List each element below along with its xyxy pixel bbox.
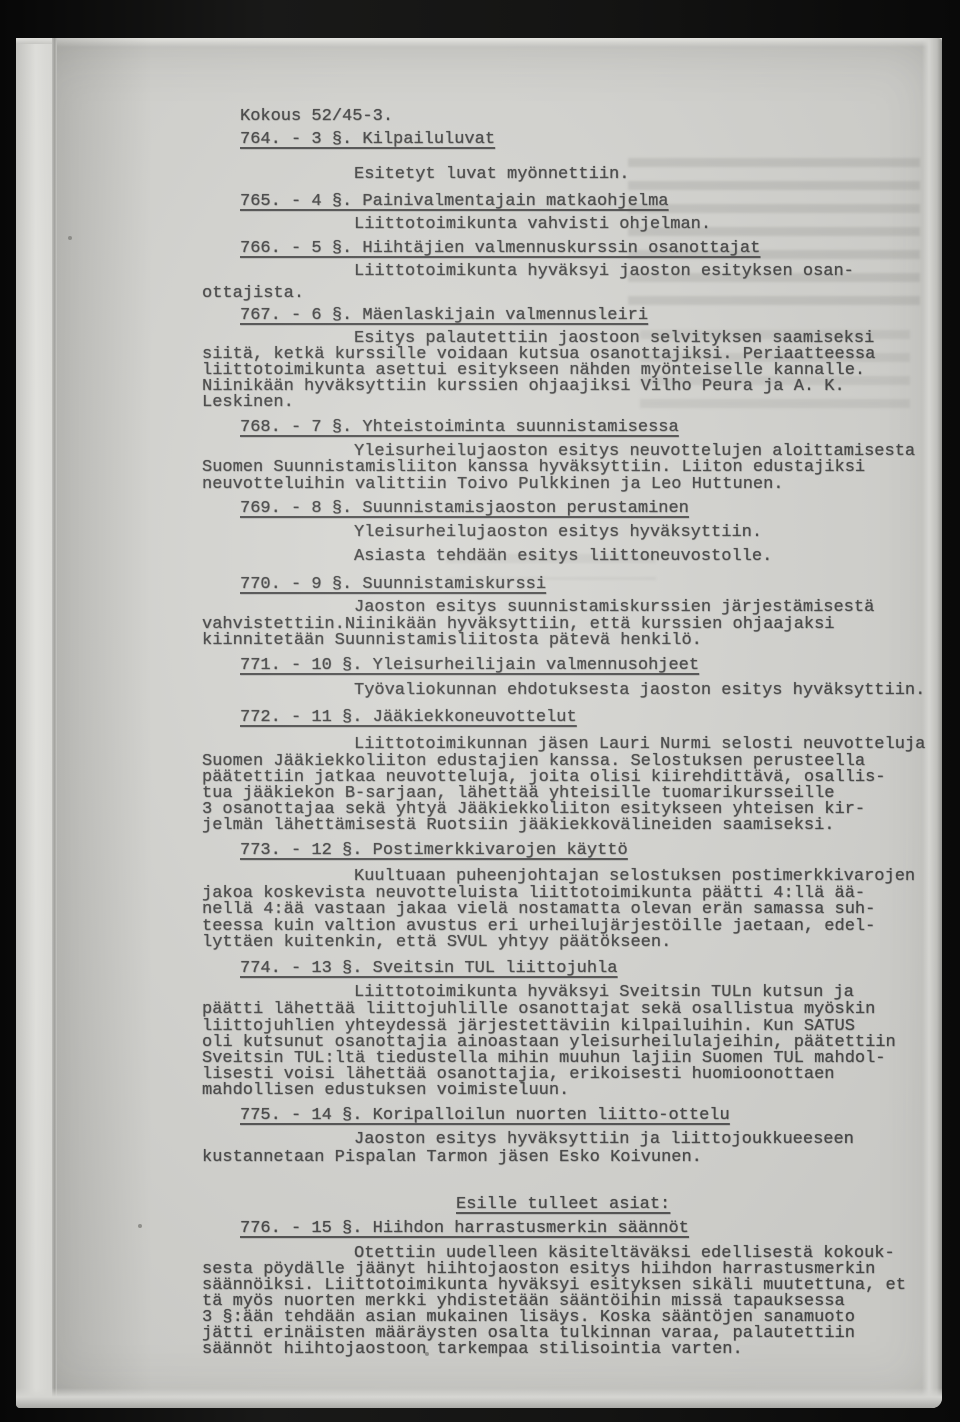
doc-line: kiinnitetään Suunnistamisliitosta pätevä…: [202, 632, 702, 649]
doc-line: Liittotoimikunta hyväksyi jaoston esityk…: [354, 263, 854, 280]
section-heading: 770. - 9 §. Suunnistamiskurssi: [240, 576, 546, 593]
section-heading: 776. - 15 §. Hiihdon harrastusmerkin sää…: [240, 1220, 689, 1237]
section-heading: 767. - 6 §. Mäenlaskijain valmennusleiri: [240, 307, 648, 324]
doc-line: Suomen Suunnistamisliiton kanssa hyväksy…: [202, 459, 865, 476]
doc-line: Liittotoimikunnan jäsen Lauri Nurmi selo…: [354, 736, 925, 753]
doc-line: Niinikään hyväksyttiin kurssien ohjaajik…: [202, 378, 845, 395]
section-heading: 774. - 13 §. Sveitsin TUL liittojuhla: [240, 960, 617, 977]
document-page: Kokous 52/45-3. 764. - 3 §. Kilpailuluva…: [16, 38, 942, 1408]
doc-line: ottajista.: [202, 285, 304, 302]
agenda-subtitle: Esille tulleet asiat:: [456, 1196, 670, 1213]
doc-line: mahdollisen edustuksen voimisteluun.: [202, 1082, 569, 1099]
doc-line: neuvotteluihin valittiin Toivo Pulkkinen…: [202, 476, 784, 493]
typewritten-text-layer: Kokous 52/45-3. 764. - 3 §. Kilpailuluva…: [16, 38, 942, 1408]
section-heading: 773. - 12 §. Postimerkkivarojen käyttö: [240, 842, 628, 859]
doc-line: Jaoston esitys hyväksyttiin ja liittojou…: [354, 1131, 854, 1148]
doc-line: Esitetyt luvat myönnettiin.: [354, 166, 629, 183]
doc-line: Leskinen.: [202, 394, 294, 411]
section-heading: 766. - 5 §. Hiihtäjien valmennuskurssin …: [240, 240, 760, 257]
doc-line: päätti lähettää liittojuhlille osanottaj…: [202, 1001, 875, 1018]
doc-line: Yleisurheilujaoston esitys hyväksyttiin.: [354, 524, 762, 541]
section-heading: 772. - 11 §. Jääkiekkoneuvottelut: [240, 709, 577, 726]
doc-line: lyttäen kuitenkin, että SVUL yhtyy päätö…: [202, 934, 671, 951]
section-heading: 769. - 8 §. Suunnistamisjaoston perustam…: [240, 500, 689, 517]
doc-line: säännöt hiihtojaostoon tarkempaa stiliso…: [202, 1341, 743, 1358]
doc-line: Kuultuaan puheenjohtajan selostuksen pos…: [354, 868, 915, 885]
doc-line: Jaoston esitys suunnistamiskurssien järj…: [354, 599, 874, 616]
doc-line: Asiasta tehdään esitys liittoneuvostolle…: [354, 548, 772, 565]
doc-line: nellä 4:ää vastaan jakaa vielä nostamatt…: [202, 901, 875, 918]
doc-line: kustannetaan Pispalan Tarmon jäsen Esko …: [202, 1149, 702, 1166]
section-heading: 764. - 3 §. Kilpailuluvat: [240, 131, 495, 148]
section-heading: 771. - 10 §. Yleisurheilijain valmennuso…: [240, 657, 699, 674]
scan-background: Kokous 52/45-3. 764. - 3 §. Kilpailuluva…: [0, 0, 960, 1422]
section-heading: 775. - 14 §. Koripalloilun nuorten liitt…: [240, 1107, 730, 1124]
doc-line: Liittotoimikunta hyväksyi Sveitsin TULn …: [354, 984, 854, 1001]
doc-line: Liittotoimikunta vahvisti ohjelman.: [354, 216, 711, 233]
section-heading: 765. - 4 §. Painivalmentajain matkaohjel…: [240, 193, 668, 210]
doc-line: jelmän lähettämisestä Ruotsiin jääkiekko…: [202, 817, 835, 834]
meeting-reference: Kokous 52/45-3.: [240, 108, 393, 125]
section-heading: 768. - 7 §. Yhteistoiminta suunnistamise…: [240, 419, 679, 436]
doc-line: Työvaliokunnan ehdotuksesta jaoston esit…: [354, 682, 925, 699]
